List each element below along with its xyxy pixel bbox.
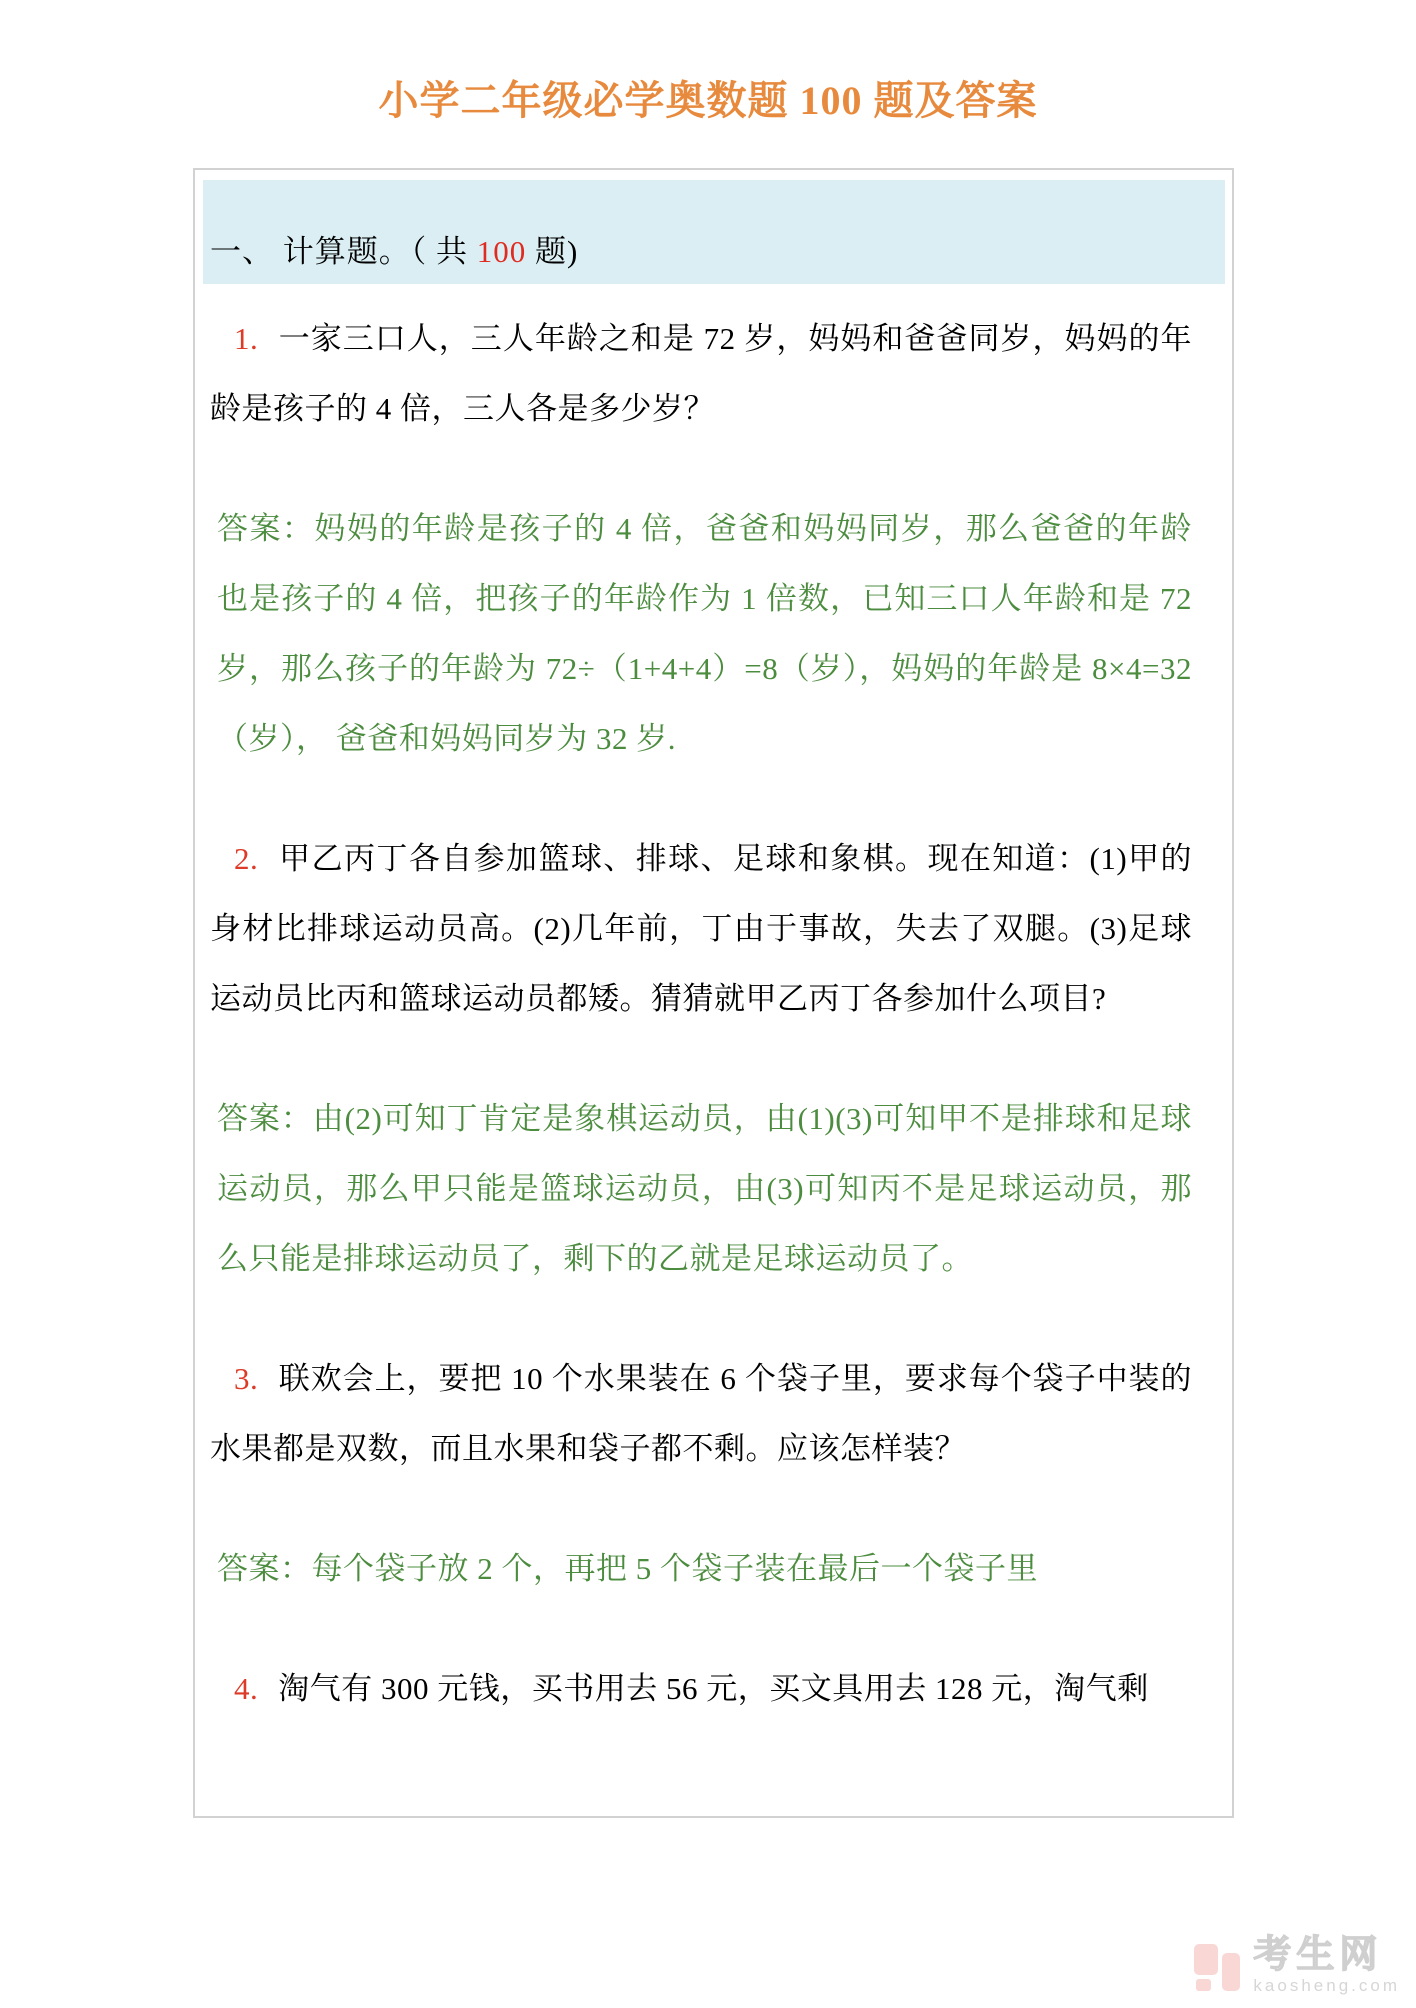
question-number: 1. bbox=[234, 321, 258, 356]
section-header: 一、 计算题。（ 共 100 题) bbox=[203, 180, 1225, 284]
question-text: 联欢会上，要把 10 个水果装在 6 个袋子里，要求每个袋子中装的水果都是双数，… bbox=[210, 1361, 1192, 1466]
qa-item: 3.联欢会上，要把 10 个水果装在 6 个袋子里，要求每个袋子中装的水果都是双… bbox=[210, 1344, 1192, 1604]
document-title: 小学二年级必学奥数题 100 题及答案 bbox=[0, 76, 1416, 126]
question-number: 2. bbox=[234, 841, 258, 876]
answer-text: 答案：每个袋子放 2 个，再把 5 个袋子装在最后一个袋子里 bbox=[217, 1534, 1192, 1604]
answer-text: 答案：妈妈的年龄是孩子的 4 倍，爸爸和妈妈同岁，那么爸爸的年龄也是孩子的 4 … bbox=[217, 494, 1192, 774]
document-page: 小学二年级必学奥数题 100 题及答案 一、 计算题。（ 共 100 题) 1.… bbox=[0, 0, 1416, 2008]
content-box: 一、 计算题。（ 共 100 题) 1.一家三口人，三人年龄之和是 72 岁，妈… bbox=[193, 168, 1234, 1818]
answer-text: 答案：由(2)可知丁肯定是象棋运动员，由(1)(3)可知甲不是排球和足球运动员，… bbox=[217, 1084, 1192, 1294]
section-header-prefix: 一、 计算题。（ 共 bbox=[210, 234, 477, 269]
kaosheng-watermark: 考生网 kaosheng.com bbox=[1194, 1935, 1400, 1996]
question-number: 3. bbox=[234, 1361, 258, 1396]
question: 3.联欢会上，要把 10 个水果装在 6 个袋子里，要求每个袋子中装的水果都是双… bbox=[210, 1344, 1192, 1484]
question: 4.淘气有 300 元钱，买书用去 56 元，买文具用去 128 元，淘气剩 bbox=[210, 1654, 1192, 1724]
qa-item: 4.淘气有 300 元钱，买书用去 56 元，买文具用去 128 元，淘气剩 bbox=[210, 1654, 1192, 1724]
question-text: 甲乙丙丁各自参加篮球、排球、足球和象棋。现在知道：(1)甲的身材比排球运动员高。… bbox=[210, 841, 1192, 1016]
question-text: 淘气有 300 元钱，买书用去 56 元，买文具用去 128 元，淘气剩 bbox=[278, 1671, 1149, 1706]
watermark-site-domain: kaosheng.com bbox=[1253, 1976, 1400, 1996]
question: 2.甲乙丙丁各自参加篮球、排球、足球和象棋。现在知道：(1)甲的身材比排球运动员… bbox=[210, 824, 1192, 1034]
section-header-count: 100 bbox=[477, 234, 527, 269]
question-text: 一家三口人，三人年龄之和是 72 岁，妈妈和爸爸同岁，妈妈的年龄是孩子的 4 倍… bbox=[210, 321, 1192, 426]
watermark-site-name: 考生网 bbox=[1253, 1935, 1400, 1975]
qa-item: 1.一家三口人，三人年龄之和是 72 岁，妈妈和爸爸同岁，妈妈的年龄是孩子的 4… bbox=[210, 304, 1192, 774]
kaosheng-logo-icon bbox=[1194, 1941, 1240, 1991]
qa-item: 2.甲乙丙丁各自参加篮球、排球、足球和象棋。现在知道：(1)甲的身材比排球运动员… bbox=[210, 824, 1192, 1294]
qa-list: 1.一家三口人，三人年龄之和是 72 岁，妈妈和爸爸同岁，妈妈的年龄是孩子的 4… bbox=[195, 304, 1232, 1744]
section-header-suffix: 题) bbox=[526, 234, 578, 269]
question-number: 4. bbox=[234, 1671, 258, 1706]
watermark-text: 考生网 kaosheng.com bbox=[1253, 1935, 1400, 1996]
section-header-text: 一、 计算题。（ 共 100 题) bbox=[210, 226, 578, 271]
question: 1.一家三口人，三人年龄之和是 72 岁，妈妈和爸爸同岁，妈妈的年龄是孩子的 4… bbox=[210, 304, 1192, 444]
